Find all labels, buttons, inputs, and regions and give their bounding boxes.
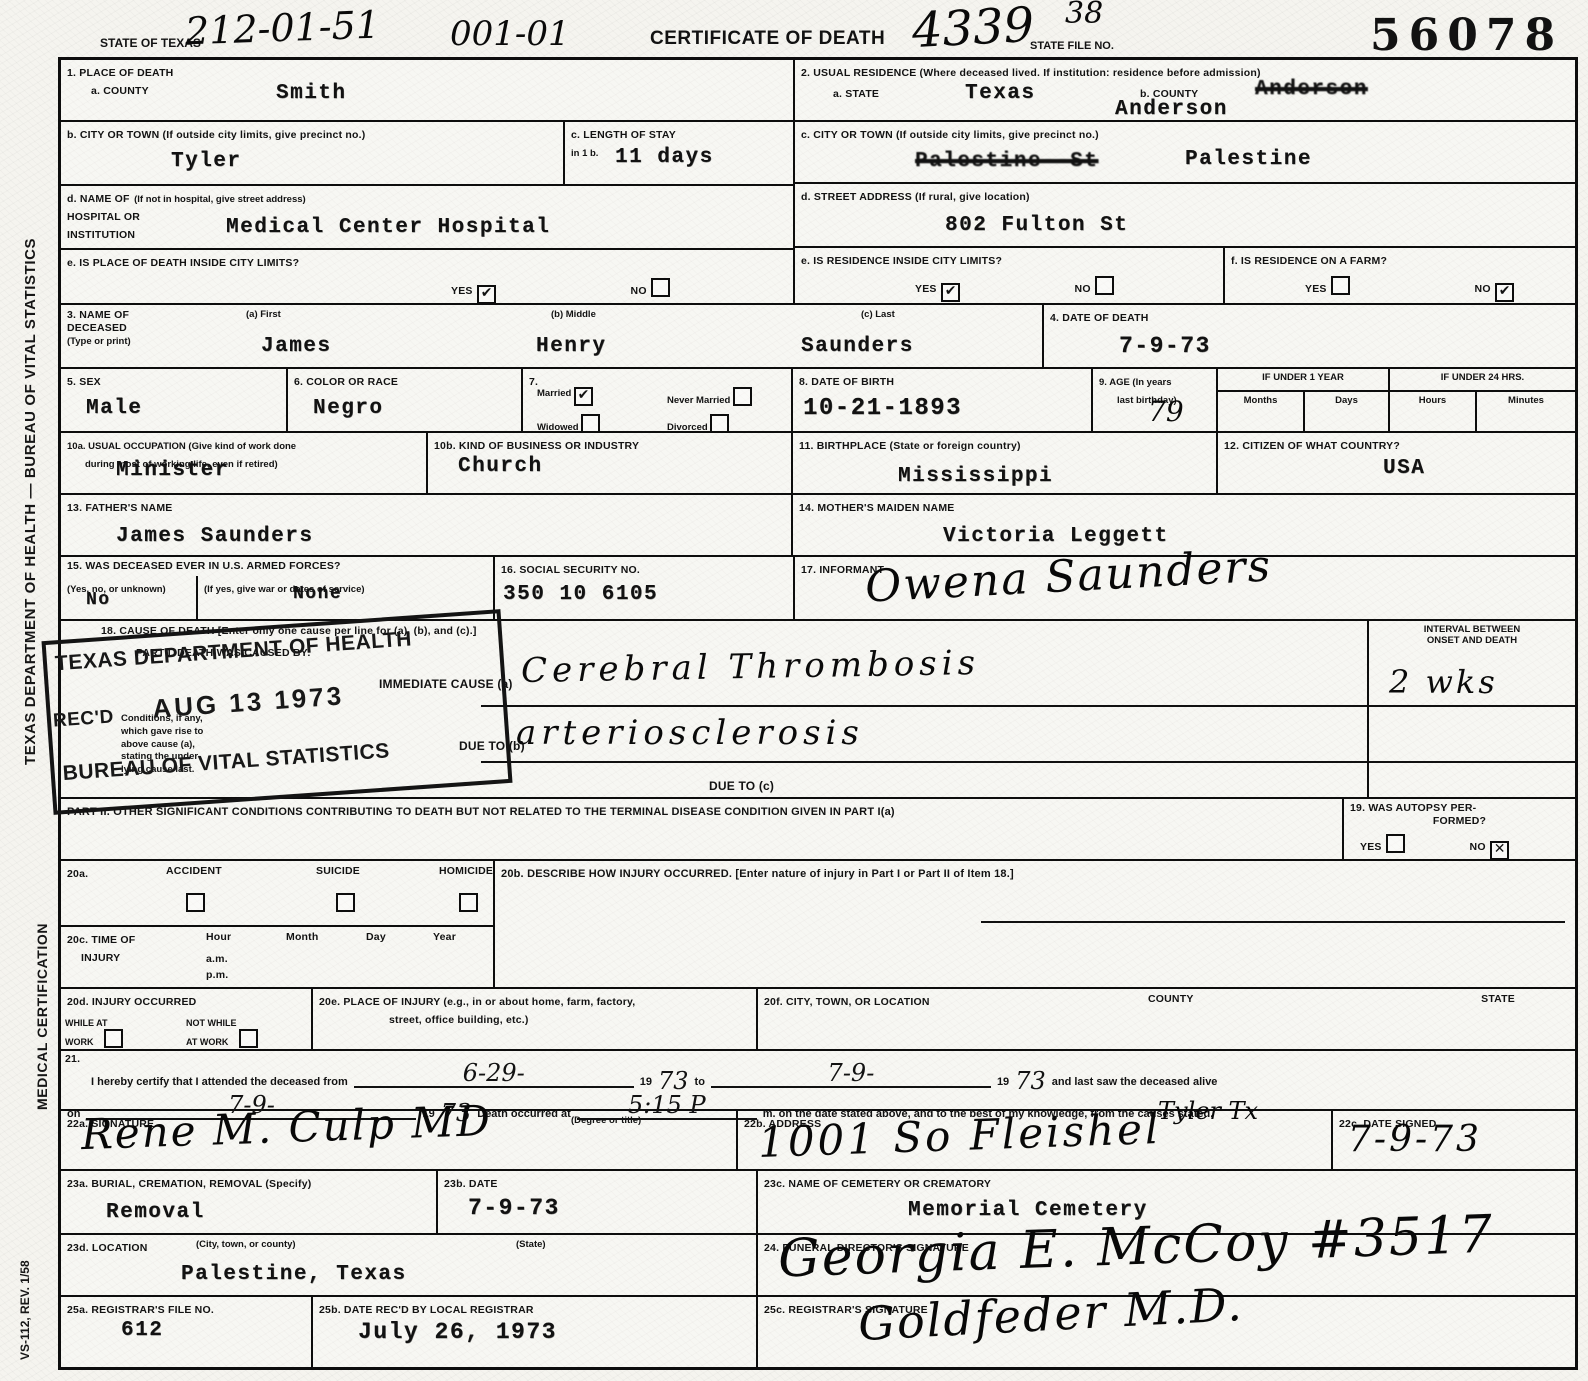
burial-date-cell: 23b. DATE 7-9-73 [438,1171,758,1233]
hospital-label-3: INSTITUTION [67,229,135,241]
business-value: Church [458,455,543,478]
residence-city-cell: c. CITY OR TOWN (If outside city limits,… [795,122,1575,184]
row-forces-ssn-informant: 15. WAS DECEASED EVER IN U.S. ARMED FORC… [61,557,1575,621]
accident-suicide-homicide-cell: 20a. ACCIDENT SUICIDE HOMICIDE [61,861,493,927]
if-under-1-year-block: IF UNDER 1 YEAR Months Days [1218,369,1390,431]
place-limits-options: YES ✔ NO [451,278,670,304]
physician-address-cell: 22b. ADDRESS Tyler Tx 1001 So Fleishel [738,1111,1333,1169]
while-at-work-option: WHILE AT WORK [65,1019,123,1048]
marital-status-cell: 7. Married ✔ Never Married Widowed Divor… [523,369,793,431]
father-name-cell: 13. FATHER'S NAME James Saunders [61,495,793,555]
mother-name-value: Victoria Leggett [943,525,1169,548]
date-signed-cell: 22c. DATE SIGNED 7-9-73 [1333,1111,1575,1169]
occupation-label-1: 10a. USUAL OCCUPATION (Give kind of work… [67,441,296,452]
certification-cell: 21. I hereby certify that I attended the… [61,1051,1575,1109]
residence-limits-no-checkbox [1095,276,1114,295]
first-name-label: (a) First [246,309,281,320]
residence-limits-label: e. IS RESIDENCE INSIDE CITY LIMITS? [801,255,1002,267]
homicide-checkbox [459,893,478,912]
cert-text-1: I hereby certify that I attended the dec… [91,1076,348,1088]
state-file-number: 56078 [1370,10,1563,61]
due-to-c-label: DUE TO (c) [709,779,774,794]
certification-line-1: I hereby certify that I attended the dec… [91,1066,1569,1088]
married-label: Married [537,388,571,399]
describe-injury-cell: 20b. DESCRIBE HOW INJURY OCCURRED. [Ente… [495,861,1575,987]
usual-residence-block: 2. USUAL RESIDENCE (Where deceased lived… [795,60,1575,303]
name-label-3: (Type or print) [67,336,131,347]
row-parents: 13. FATHER'S NAME James Saunders 14. MOT… [61,495,1575,557]
injury-state-label: STATE [1481,993,1515,1006]
injury-location-cell: 20f. CITY, TOWN, OR LOCATION COUNTY STAT… [758,989,1575,1049]
hours-label: Hours [1390,392,1477,431]
injury-left-block: 20a. ACCIDENT SUICIDE HOMICIDE 20c. TIME… [61,861,495,987]
registrar-date-label: 25b. DATE REC'D BY LOCAL REGISTRAR [319,1304,534,1316]
month-label: Month [286,931,319,944]
county-value: Smith [276,82,347,105]
certificate-title: CERTIFICATE OF DEATH [650,28,885,50]
under-24-hrs-columns: Hours Minutes [1390,392,1575,431]
interval-value: 2 wks [1389,663,1498,701]
hospital-label-2: HOSPITAL OR [67,211,140,223]
place-limits-yes-label: YES [451,285,473,297]
place-limits-yes-checkbox: ✔ [477,285,496,304]
length-of-stay-cell: c. LENGTH OF STAY in 1 b. 11 days [565,122,793,184]
burial-date-value: 7-9-73 [468,1195,560,1221]
armed-forces-subcells: (Yes, no, or unknown) No (If yes, give w… [61,576,493,619]
marital-options: Married ✔ Never Married Widowed Divorced [537,387,787,433]
armed-forces-label: 15. WAS DECEASED EVER IN U.S. ARMED FORC… [61,557,493,576]
divorced-checkbox [710,414,729,433]
autopsy-label-2: FORMED? [1350,815,1569,828]
burial-type-label: 23a. BURIAL, CREMATION, REMOVAL (Specify… [67,1178,311,1190]
row-name-and-date-of-death: 3. NAME OF DECEASED (Type or print) (a) … [61,305,1575,369]
accident-label: ACCIDENT [166,865,222,878]
divorced-option: Divorced [667,414,787,433]
if-under-1-year-label: IF UNDER 1 YEAR [1218,369,1388,392]
place-limits-no-checkbox [651,278,670,297]
residence-street-value: 802 Fulton St [945,214,1128,237]
first-name-value: James [261,335,332,358]
cause-line-a [481,705,1367,707]
cert-from-date: 6-29- [463,1059,525,1087]
residence-farm-no-checkbox: ✔ [1495,283,1514,302]
pm-label: p.m. [206,969,228,982]
injury-occurred-cell: 20d. INJURY OCCURRED WHILE AT WORK NOT W… [61,989,313,1049]
last-name-label: (c) Last [861,309,895,320]
place-of-death-block: 1. PLACE OF DEATH a. COUNTY Smith b. CIT… [61,60,795,303]
interval-line-b [1369,761,1575,763]
citizen-cell: 12. CITIZEN OF WHAT COUNTRY? USA [1218,433,1575,493]
residence-city-struck: Palestine--St [915,150,1098,173]
homicide-label: HOMICIDE [439,865,493,878]
death-certificate-scan: TEXAS DEPARTMENT OF HEALTH — BUREAU OF V… [0,0,1588,1381]
registrar-file-value: 612 [121,1319,163,1342]
burial-type-value: Removal [106,1201,205,1224]
date-signed-value: 7-9-73 [1348,1119,1482,1160]
am-label: a.m. [206,953,228,966]
occupation-value: Minister [116,459,229,482]
usual-residence-label: 2. USUAL RESIDENCE (Where deceased lived… [801,67,1261,79]
received-stamp: TEXAS DEPARTMENT OF HEALTH REC'D AUG 13 … [41,609,512,815]
hospital-note: (If not in hospital, give street address… [134,194,306,205]
mother-name-label: 14. MOTHER'S MAIDEN NAME [799,502,954,514]
cert-text-3: and last saw the deceased alive [1052,1076,1218,1088]
cert-to-text: to [695,1076,705,1088]
birthplace-label: 11. BIRTHPLACE (State or foreign country… [799,440,1021,452]
armed-forces-yesno-note: (Yes, no, or unknown) [67,584,166,595]
cause-of-death-main: 18. CAUSE OF DEATH [Enter only one cause… [61,621,1369,797]
injury-county-label: COUNTY [1148,993,1194,1006]
age-value: 79 [1148,395,1184,428]
date-of-birth-cell: 8. DATE OF BIRTH 10-21-1893 [793,369,1093,431]
residence-limits-yes-checkbox: ✔ [941,283,960,302]
residence-farm-no-label: NO [1475,283,1491,295]
place-inside-limits-label: e. IS PLACE OF DEATH INSIDE CITY LIMITS? [67,257,299,269]
never-married-checkbox [733,387,752,406]
age-cell: 9. AGE (In years last birthday) 79 [1093,369,1218,431]
father-name-value: James Saunders [116,525,313,548]
burial-location-sub-2: (State) [516,1239,546,1250]
widowed-checkbox [581,414,600,433]
day-label: Day [366,931,386,944]
city-or-town-cell: b. CITY OR TOWN (If outside city limits,… [61,122,565,184]
armed-forces-yesno-cell: (Yes, no, or unknown) No [61,576,198,619]
hour-label: Hour [206,931,231,944]
autopsy-cell: 19. WAS AUTOPSY PER- FORMED? YES NO ✕ [1344,799,1575,859]
margin-form-number: VS-112, REV. 1/58 [18,1180,32,1360]
sex-cell: 5. SEX Male [61,369,288,431]
describe-injury-line [981,921,1565,923]
sex-value: Male [86,397,142,420]
time-of-injury-cell: 20c. TIME OF INJURY Hour Month Day Year … [61,927,493,987]
injury-occurred-label: 20d. INJURY OCCURRED [67,996,196,1008]
place-of-injury-label-2: street, office building, etc.) [389,1014,529,1026]
injury-city-label: 20f. CITY, TOWN, OR LOCATION [764,996,930,1008]
time-of-injury-label-1: 20c. TIME OF [67,934,135,946]
item-21-label: 21. [65,1053,80,1066]
residence-county-struck: Anderson [1255,78,1368,101]
cert-to-date: 7-9- [828,1059,875,1087]
place-of-death-label: 1. PLACE OF DEATH [67,67,173,79]
name-label-1: 3. NAME OF [67,309,129,322]
work-label: WORK [65,1037,94,1047]
place-of-injury-cell: 20e. PLACE OF INJURY (e.g., in or about … [313,989,758,1049]
cert-to-year: 73 [1015,1074,1046,1088]
handwritten-code-left: 212-01-51 [184,3,380,54]
never-married-option: Never Married [667,387,787,406]
row-registrar: 25a. REGISTRAR'S FILE NO. 612 25b. DATE … [61,1297,1575,1367]
armed-forces-service-value: None [293,584,342,604]
at-work-label: AT WORK [186,1037,228,1047]
residence-county-value: Anderson [1115,98,1228,121]
business-cell: 10b. KIND OF BUSINESS OR INDUSTRY Church [428,433,793,493]
burial-type-cell: 23a. BURIAL, CREMATION, REMOVAL (Specify… [61,1171,438,1233]
date-of-death-value: 7-9-73 [1119,333,1211,359]
residence-inside-limits-cell: e. IS RESIDENCE INSIDE CITY LIMITS? YES … [795,248,1225,303]
business-label: 10b. KIND OF BUSINESS OR INDUSTRY [434,440,639,452]
row-place-and-residence: 1. PLACE OF DEATH a. COUNTY Smith b. CIT… [61,60,1575,305]
city-and-stay-row: b. CITY OR TOWN (If outside city limits,… [61,122,793,186]
city-or-town-value: Tyler [171,150,242,173]
name-of-deceased-cell: 3. NAME OF DECEASED (Type or print) (a) … [61,305,1044,367]
cert-from-underline: 6-29- [354,1066,634,1088]
burial-location-sub-1: (City, town, or county) [196,1239,296,1250]
date-of-death-cell: 4. DATE OF DEATH 7-9-73 [1044,305,1575,367]
widowed-option: Widowed [537,414,667,433]
residence-state-value: Texas [965,82,1036,105]
date-of-birth-label: 8. DATE OF BIRTH [799,376,894,388]
place-of-injury-label-1: 20e. PLACE OF INJURY (e.g., in or about … [319,996,635,1008]
not-while-at-work-checkbox [239,1029,258,1048]
city-or-town-label: b. CITY OR TOWN (If outside city limits,… [67,129,365,141]
sex-label: 5. SEX [67,376,101,388]
accident-checkbox [186,893,205,912]
row-cause-of-death: 18. CAUSE OF DEATH [Enter only one cause… [61,621,1575,799]
row-occupation-birthplace-citizen: 10a. USUAL OCCUPATION (Give kind of work… [61,433,1575,495]
interval-cell: INTERVAL BETWEEN ONSET AND DEATH 2 wks [1369,621,1575,797]
middle-name-label: (b) Middle [551,309,596,320]
residence-city-label: c. CITY OR TOWN (If outside city limits,… [801,129,1099,141]
married-option: Married ✔ [537,387,667,406]
autopsy-no-checkbox: ✕ [1490,841,1509,860]
minutes-label: Minutes [1477,392,1575,431]
year-label: Year [433,931,456,944]
due-to-b-value: arteriosclerosis [516,713,864,753]
handwritten-cert-superscript: 38 [1065,0,1103,31]
residence-state-county-cell: 2. USUAL RESIDENCE (Where deceased lived… [795,60,1575,122]
cert-19-b: 19 [997,1076,1009,1088]
row-physician-signature: 22a. SIGNATURE (Degree or title) Rene M.… [61,1111,1575,1171]
ssn-value: 350 10 6105 [503,583,658,606]
cert-19-a: 19 [640,1076,652,1088]
birthplace-cell: 11. BIRTHPLACE (State or foreign country… [793,433,1218,493]
handwritten-code-mid: 001-01 [450,14,570,54]
days-label: Days [1305,392,1388,431]
interval-label-2: ONSET AND DEATH [1375,635,1569,646]
father-name-label: 13. FATHER'S NAME [67,502,172,514]
last-name-value: Saunders [801,335,914,358]
name-label-2: DECEASED [67,322,127,335]
place-limits-no-label: NO [631,285,647,297]
residence-farm-yes-checkbox [1331,276,1350,295]
cert-to-underline: 7-9- [711,1066,991,1088]
margin-medical-certification-text: MEDICAL CERTIFICATION [34,790,50,1110]
stamp-line-3: BUREAU OF VITAL STATISTICS [62,739,391,786]
physician-signature-cell: 22a. SIGNATURE (Degree or title) Rene M.… [61,1111,738,1169]
cert-from-year: 73 [658,1074,689,1088]
color-race-label: 6. COLOR OR RACE [294,376,398,388]
row-location-funeral-director: 23d. LOCATION (City, town, or county) (S… [61,1235,1575,1297]
registrar-file-label: 25a. REGISTRAR'S FILE NO. [67,1304,214,1316]
physician-address-value: 1001 So Fleishel [757,1104,1162,1167]
under-1-year-columns: Months Days [1218,392,1388,431]
widowed-label: Widowed [537,422,579,433]
months-label: Months [1218,392,1305,431]
cemetery-label: 23c. NAME OF CEMETERY OR CREMATORY [764,1178,991,1190]
residence-farm-label: f. IS RESIDENCE ON A FARM? [1231,255,1387,267]
date-of-birth-value: 10-21-1893 [803,395,962,422]
informant-cell: 17. INFORMANT Owena Saunders [795,557,1575,619]
not-while-at-work-option: NOT WHILE AT WORK [186,1019,258,1048]
row-injury-bottom: 20d. INJURY OCCURRED WHILE AT WORK NOT W… [61,989,1575,1051]
married-checkbox: ✔ [574,387,593,406]
residence-farm-cell: f. IS RESIDENCE ON A FARM? YES NO ✔ [1225,248,1575,303]
hospital-cell: d. NAME OF (If not in hospital, give str… [61,186,793,250]
hospital-value: Medical Center Hospital [226,216,550,239]
autopsy-yes-checkbox [1386,834,1405,853]
burial-location-label: 23d. LOCATION [67,1242,148,1254]
residence-street-cell: d. STREET ADDRESS (If rural, give locati… [795,184,1575,248]
time-of-injury-label-2: INJURY [81,952,120,964]
length-of-stay-label: c. LENGTH OF STAY [571,129,676,141]
place-inside-limits-cell: e. IS PLACE OF DEATH INSIDE CITY LIMITS?… [61,250,793,303]
divorced-label: Divorced [667,422,708,433]
burial-location-cell: 23d. LOCATION (City, town, or county) (S… [61,1235,758,1295]
date-of-death-label: 4. DATE OF DEATH [1050,312,1148,324]
residence-limits-no-label: NO [1075,283,1091,295]
occupation-cell: 10a. USUAL OCCUPATION (Give kind of work… [61,433,428,493]
autopsy-label-1: 19. WAS AUTOPSY PER- [1350,802,1569,815]
autopsy-no-label: NO [1470,841,1486,853]
ssn-cell: 16. SOCIAL SECURITY NO. 350 10 6105 [495,557,795,619]
length-of-stay-sub: in 1 b. [571,148,598,159]
if-under-24-hrs-block: IF UNDER 24 HRS. Hours Minutes [1390,369,1575,431]
birthplace-value: Mississippi [898,465,1053,488]
autopsy-options: YES NO ✕ [1350,834,1569,860]
autopsy-yes-label: YES [1360,841,1382,853]
hospital-label-1: d. NAME OF [67,193,130,205]
residence-city-value: Palestine [1185,148,1312,171]
residence-farm-options: YES NO ✔ [1305,276,1514,302]
stamp-date: AUG 13 1973 [151,680,345,724]
residence-street-label: d. STREET ADDRESS (If rural, give locati… [801,191,1030,203]
middle-name-value: Henry [536,335,607,358]
while-at-label: WHILE AT [65,1018,108,1028]
degree-or-title-note: (Degree or title) [571,1115,641,1126]
citizen-value: USA [1383,457,1425,480]
residence-farm-yes-label: YES [1305,283,1327,295]
item-20a-label: 20a. [67,868,88,880]
physician-address-city: Tyler Tx [1158,1097,1258,1125]
if-under-24-hrs-label: IF UNDER 24 HRS. [1390,369,1575,392]
ssn-label: 16. SOCIAL SECURITY NO. [501,564,640,576]
describe-injury-label: 20b. DESCRIBE HOW INJURY OCCURRED. [Ente… [501,868,1014,880]
interval-label-1: INTERVAL BETWEEN [1375,624,1569,635]
residence-limits-yes-label: YES [915,283,937,295]
registrar-date-cell: 25b. DATE REC'D BY LOCAL REGISTRAR July … [313,1297,758,1367]
color-race-cell: 6. COLOR OR RACE Negro [288,369,523,431]
margin-agency-text: TEXAS DEPARTMENT OF HEALTH — BUREAU OF V… [22,105,39,765]
part2-label: PART II. OTHER SIGNIFICANT CONDITIONS CO… [67,806,895,818]
armed-forces-yesno-value: No [86,590,111,610]
certificate-form: 1. PLACE OF DEATH a. COUNTY Smith b. CIT… [58,57,1578,1370]
county-label: a. COUNTY [91,85,149,97]
registrar-date-value: July 26, 1973 [358,1319,557,1345]
immediate-cause-value: Cerebral Thrombosis [521,643,981,691]
part2-cell: PART II. OTHER SIGNIFICANT CONDITIONS CO… [61,799,1344,859]
while-at-work-checkbox [104,1029,123,1048]
handwritten-cert-number: 4339 [911,0,1036,59]
never-married-label: Never Married [667,395,730,406]
residence-limits-options: YES ✔ NO [915,276,1114,302]
armed-forces-block: 15. WAS DECEASED EVER IN U.S. ARMED FORC… [61,557,495,619]
suicide-label: SUICIDE [316,865,360,878]
residence-limits-farm-row: e. IS RESIDENCE INSIDE CITY LIMITS? YES … [795,248,1575,303]
not-while-label: NOT WHILE [186,1018,237,1028]
citizen-label: 12. CITIZEN OF WHAT COUNTRY? [1224,440,1400,452]
burial-location-value: Palestine, Texas [181,1263,407,1286]
residence-state-label: a. STATE [833,88,879,101]
row-injury-top: 20a. ACCIDENT SUICIDE HOMICIDE 20c. TIME… [61,861,1575,989]
state-file-no-label: STATE FILE NO. [1030,40,1114,52]
cause-line-b [481,761,1367,763]
row-sex-race-marital-birth-age: 5. SEX Male 6. COLOR OR RACE Negro 7. Ma… [61,369,1575,433]
place-of-death-county-cell: 1. PLACE OF DEATH a. COUNTY Smith [61,60,793,122]
suicide-checkbox [336,893,355,912]
burial-date-label: 23b. DATE [444,1178,498,1190]
registrar-signature-cell: 25c. REGISTRAR'S SIGNATURE Goldfeder M.D… [758,1297,1575,1367]
interval-line-a [1369,705,1575,707]
stamp-recd: REC'D [52,706,114,732]
length-of-stay-value: 11 days [615,146,714,169]
registrar-file-cell: 25a. REGISTRAR'S FILE NO. 612 [61,1297,313,1367]
age-label-1: 9. AGE (In years [1099,377,1172,388]
color-race-value: Negro [313,397,384,420]
row-part2-autopsy: PART II. OTHER SIGNIFICANT CONDITIONS CO… [61,799,1575,861]
